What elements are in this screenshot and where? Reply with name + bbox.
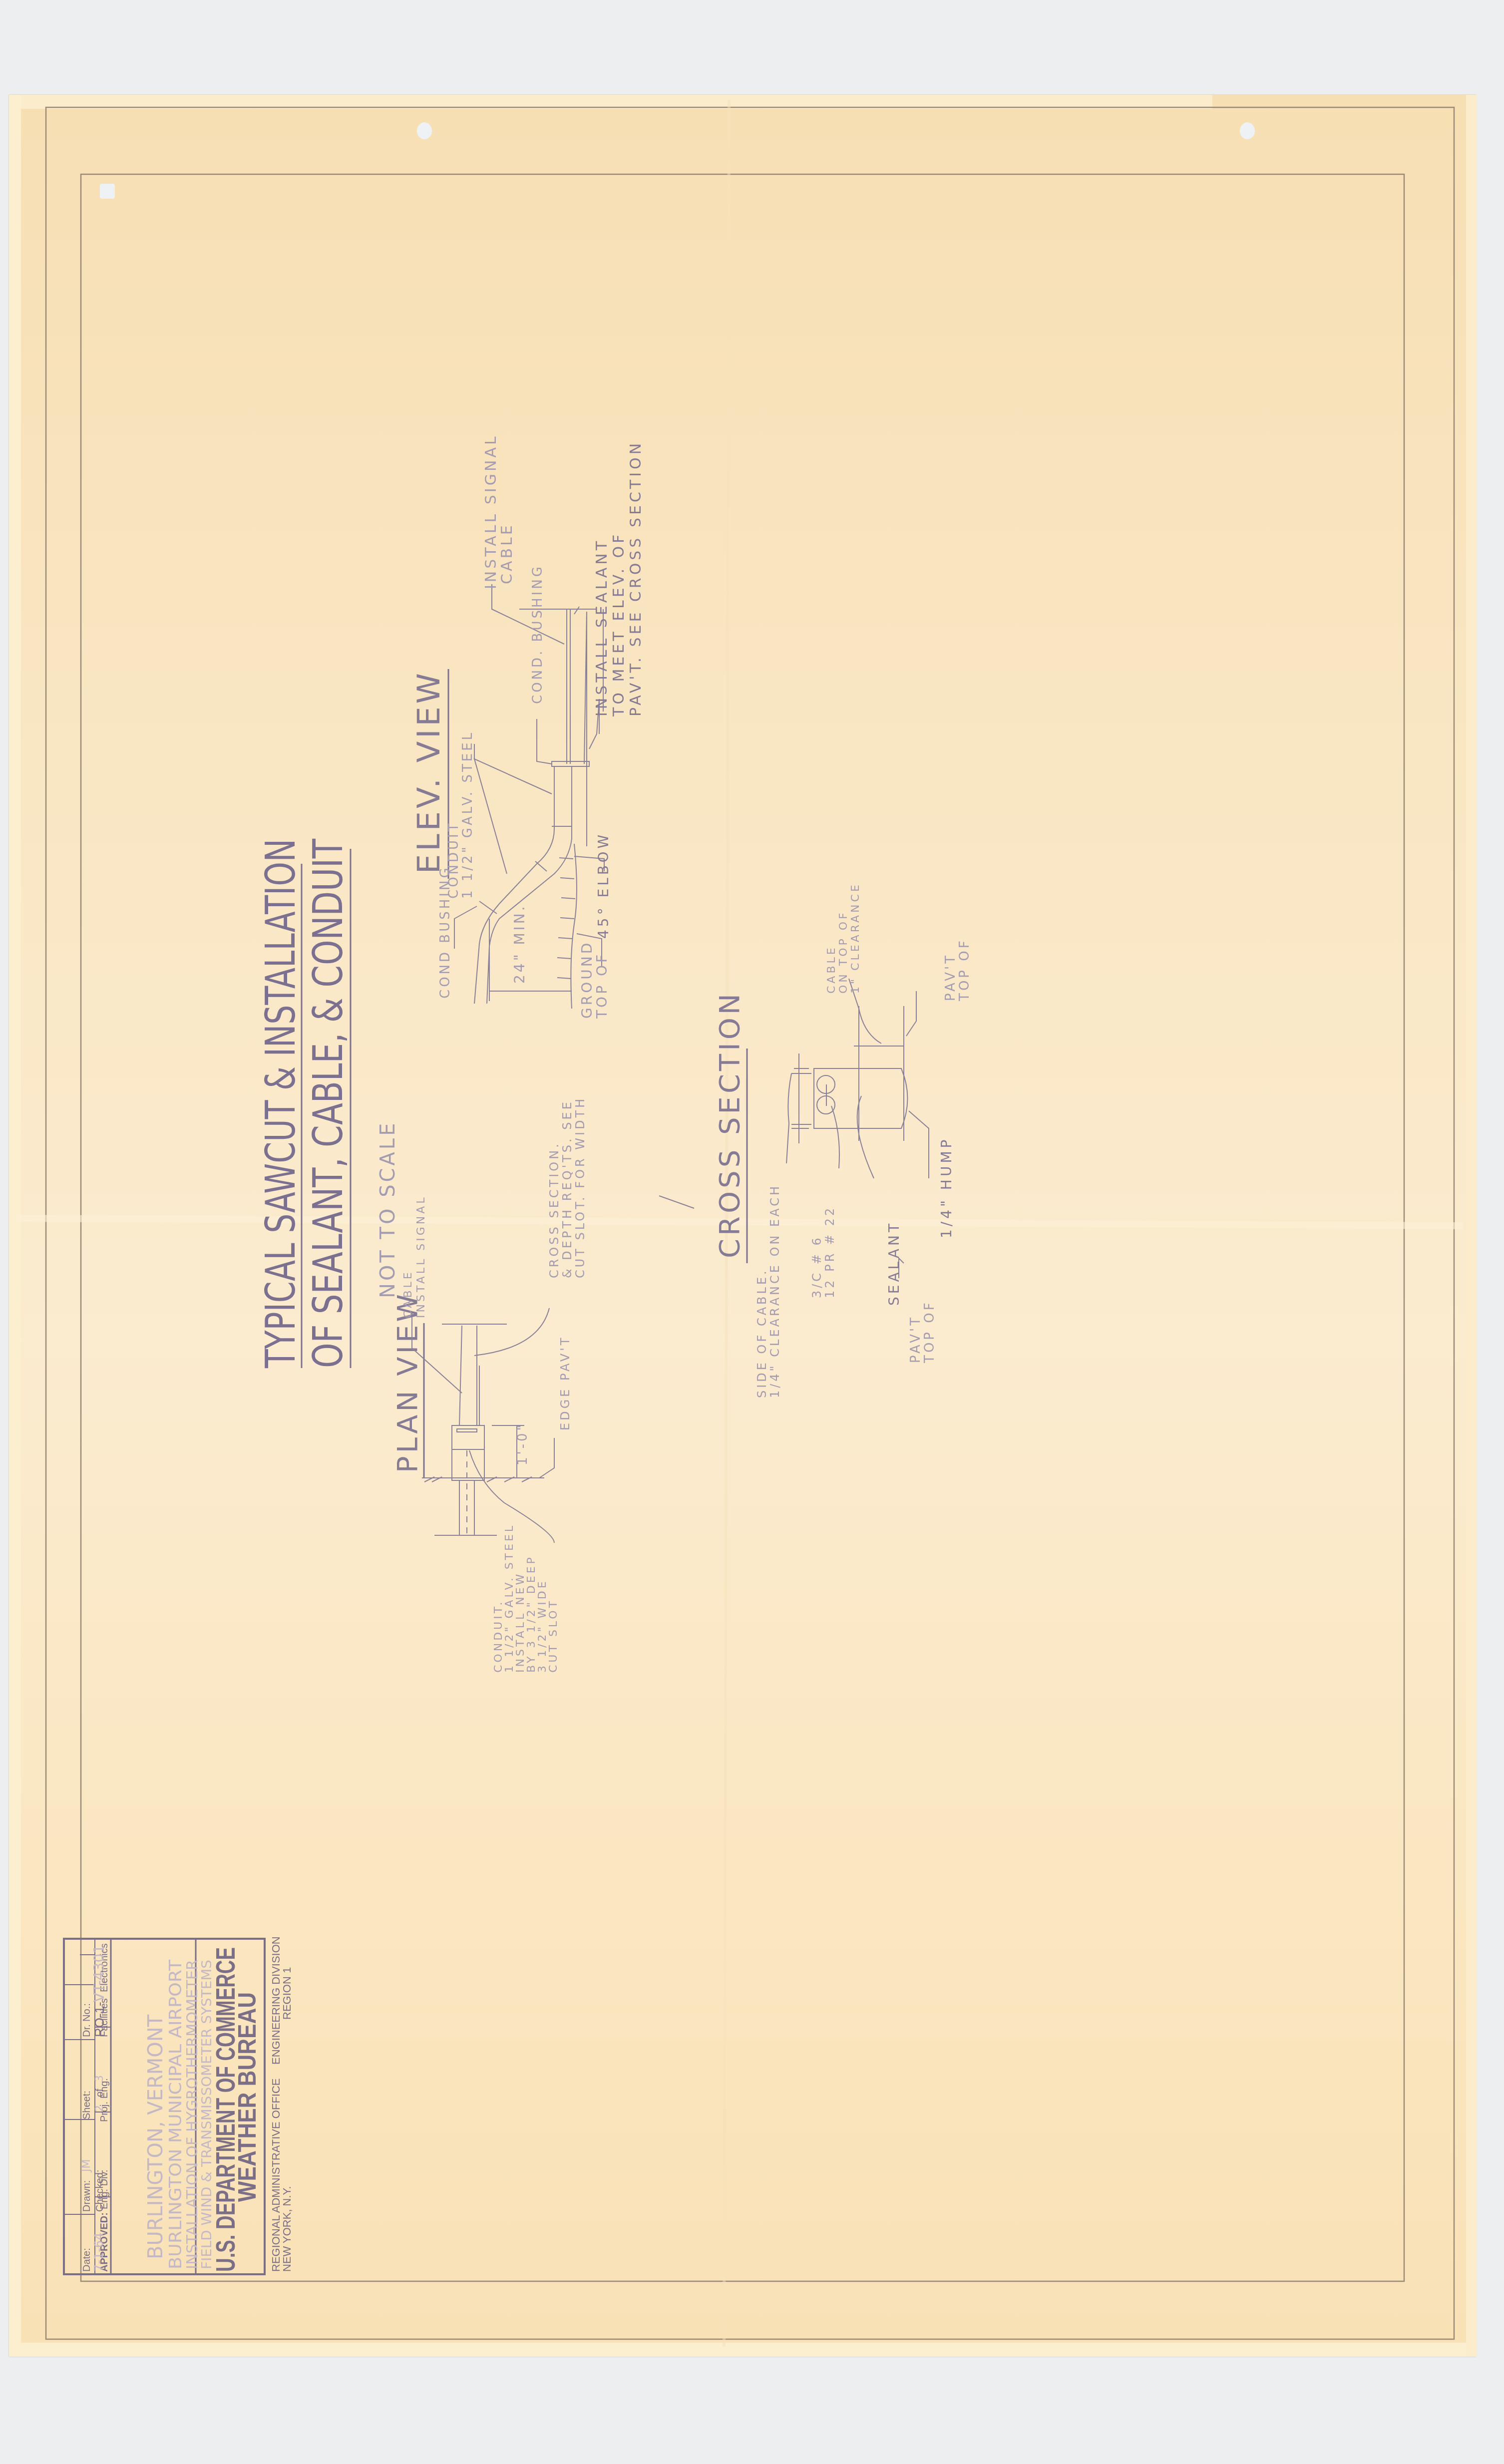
drawn-value: JM	[80, 2159, 93, 2173]
svg-text:INSTALL NEW: INSTALL NEW	[514, 1572, 527, 1673]
install-signal-cable-plan-note: INSTALL SIGNAL	[415, 1195, 427, 1318]
top-of-pavt-note-1: TOP OF	[957, 938, 972, 1002]
svg-text:PAV'T: PAV'T	[943, 953, 958, 1001]
bureau-name: WEATHER BUREAU	[233, 1992, 261, 2202]
checked-label: Checked:	[94, 2170, 105, 2212]
title-block: U.S. DEPARTMENT OF COMMERCE WEATHER BURE…	[64, 1936, 293, 2274]
dr-no-prefix: RO-1-	[92, 2002, 107, 2037]
install-sealant-note: INSTALL SEALANT	[593, 538, 611, 716]
sheet-total: 3	[93, 2075, 106, 2082]
dr-no-label: Dr. No.:	[81, 2003, 92, 2037]
svg-text:PAV'T. SEE CROSS SECTION: PAV'T. SEE CROSS SECTION	[627, 440, 645, 716]
svg-text:CABLE: CABLE	[498, 523, 516, 584]
galv-steel-conduit-note: 1 1/2" GALV. STEEL	[460, 730, 475, 899]
region-name: REGION 1	[281, 1967, 293, 2020]
dr-no-value: VT-4301	[91, 1945, 107, 2002]
plan-view: PLAN VIEW 1'-0" CUT SL	[391, 1096, 587, 1673]
scale-note: NOT TO SCALE	[376, 1121, 399, 1298]
install-signal-cable-note: INSTALL SIGNAL	[482, 434, 500, 589]
title-line-1: TYPICAL SAWCUT & INSTALLATION	[257, 839, 305, 1369]
drawing-canvas: TYPICAL SAWCUT & INSTALLATION OF SEALANT…	[0, 0, 1504, 2464]
elbow-note: 45° ELBOW	[595, 832, 612, 939]
offset-dim: 1'-0"	[515, 1422, 530, 1465]
office-city: NEW YORK, N.Y.	[281, 2186, 293, 2272]
project-line-1: BURLINGTON, VERMONT	[144, 2014, 167, 2259]
svg-text:TO MEET ELEV. OF: TO MEET ELEV. OF	[610, 532, 628, 717]
svg-text:CABLE: CABLE	[402, 1270, 414, 1318]
sealant-note: SEALANT	[886, 1221, 902, 1306]
edge-pavt-note: EDGE PAV'T	[558, 1335, 572, 1430]
cable-spec-note: 12 PR # 22	[823, 1206, 837, 1298]
svg-text:CROSS SECTION.: CROSS SECTION.	[547, 1141, 561, 1278]
cross-section-label: CROSS SECTION	[714, 991, 746, 1258]
svg-text:3/C # 6: 3/C # 6	[810, 1235, 824, 1298]
svg-text:& DEPTH REQ'TS. SEE: & DEPTH REQ'TS. SEE	[560, 1099, 574, 1278]
sheet-value: 2	[93, 2105, 106, 2112]
svg-text:of: of	[94, 2089, 105, 2097]
svg-text:1 1/2" GALV. STEEL: 1 1/2" GALV. STEEL	[503, 1523, 516, 1673]
svg-text:CABLE: CABLE	[825, 945, 838, 994]
hump-note: 1/4" HUMP	[938, 1137, 955, 1238]
clearance-top-note: 1" CLEARANCE	[849, 882, 862, 994]
cond-bushing-bottom-note: COND BUSHING	[438, 865, 453, 999]
drawn-label: Drawn:	[81, 2180, 92, 2212]
top-of-pavt-note-2: TOP OF	[922, 1300, 937, 1364]
cut-slot-note: CUT SLOT. FOR WIDTH	[573, 1096, 587, 1278]
clearance-side-note: 1/4" CLEARANCE ON EACH	[768, 1184, 782, 1398]
title-line-2: OF SEALANT, CABLE, & CONDUIT	[305, 838, 352, 1368]
project-line-2: BURLINGTON MUNICIPAL AIRPORT	[166, 1960, 186, 2269]
proj-eng-label: Proj. Eng.	[99, 2078, 110, 2122]
elev-view: ELEV. VIEW 24" MIN.	[410, 434, 645, 1019]
cond-bushing-note: COND. BUSHING	[530, 564, 545, 704]
date-label: Date:	[81, 2248, 92, 2272]
svg-text:3 1/2" WIDE: 3 1/2" WIDE	[536, 1579, 549, 1673]
date-value: 7-1-64	[92, 2233, 106, 2272]
top-of-ground-note: TOP OF	[594, 952, 610, 1019]
min-depth-dim: 24" MIN.	[511, 904, 528, 984]
elev-view-label: ELEV. VIEW	[410, 670, 447, 874]
sheet-label: Sheet:	[81, 2091, 92, 2119]
project-line-3: INSTALLATION OF HYGROTHERMOMETER	[184, 1960, 201, 2269]
cross-section-view: CROSS SECTION TOP OF	[659, 882, 972, 1398]
drawing-title: TYPICAL SAWCUT & INSTALLATION OF SEALANT…	[257, 838, 399, 1369]
svg-text:GROUND: GROUND	[579, 941, 595, 1019]
svg-text:SIDE OF CABLE.: SIDE OF CABLE.	[755, 1268, 769, 1398]
cut-slot-conduit-note: CUT SLOT	[547, 1599, 560, 1673]
svg-text:CONDUIT.: CONDUIT.	[492, 1600, 505, 1673]
svg-text:ON TOP OF: ON TOP OF	[837, 910, 850, 994]
project-line-4: FIELD WIND & TRANSMISSOMETER SYSTEMS	[200, 1960, 215, 2269]
svg-text:BY 3 1/2" DEEP: BY 3 1/2" DEEP	[525, 1555, 538, 1673]
svg-text:PAV'T: PAV'T	[908, 1315, 923, 1363]
